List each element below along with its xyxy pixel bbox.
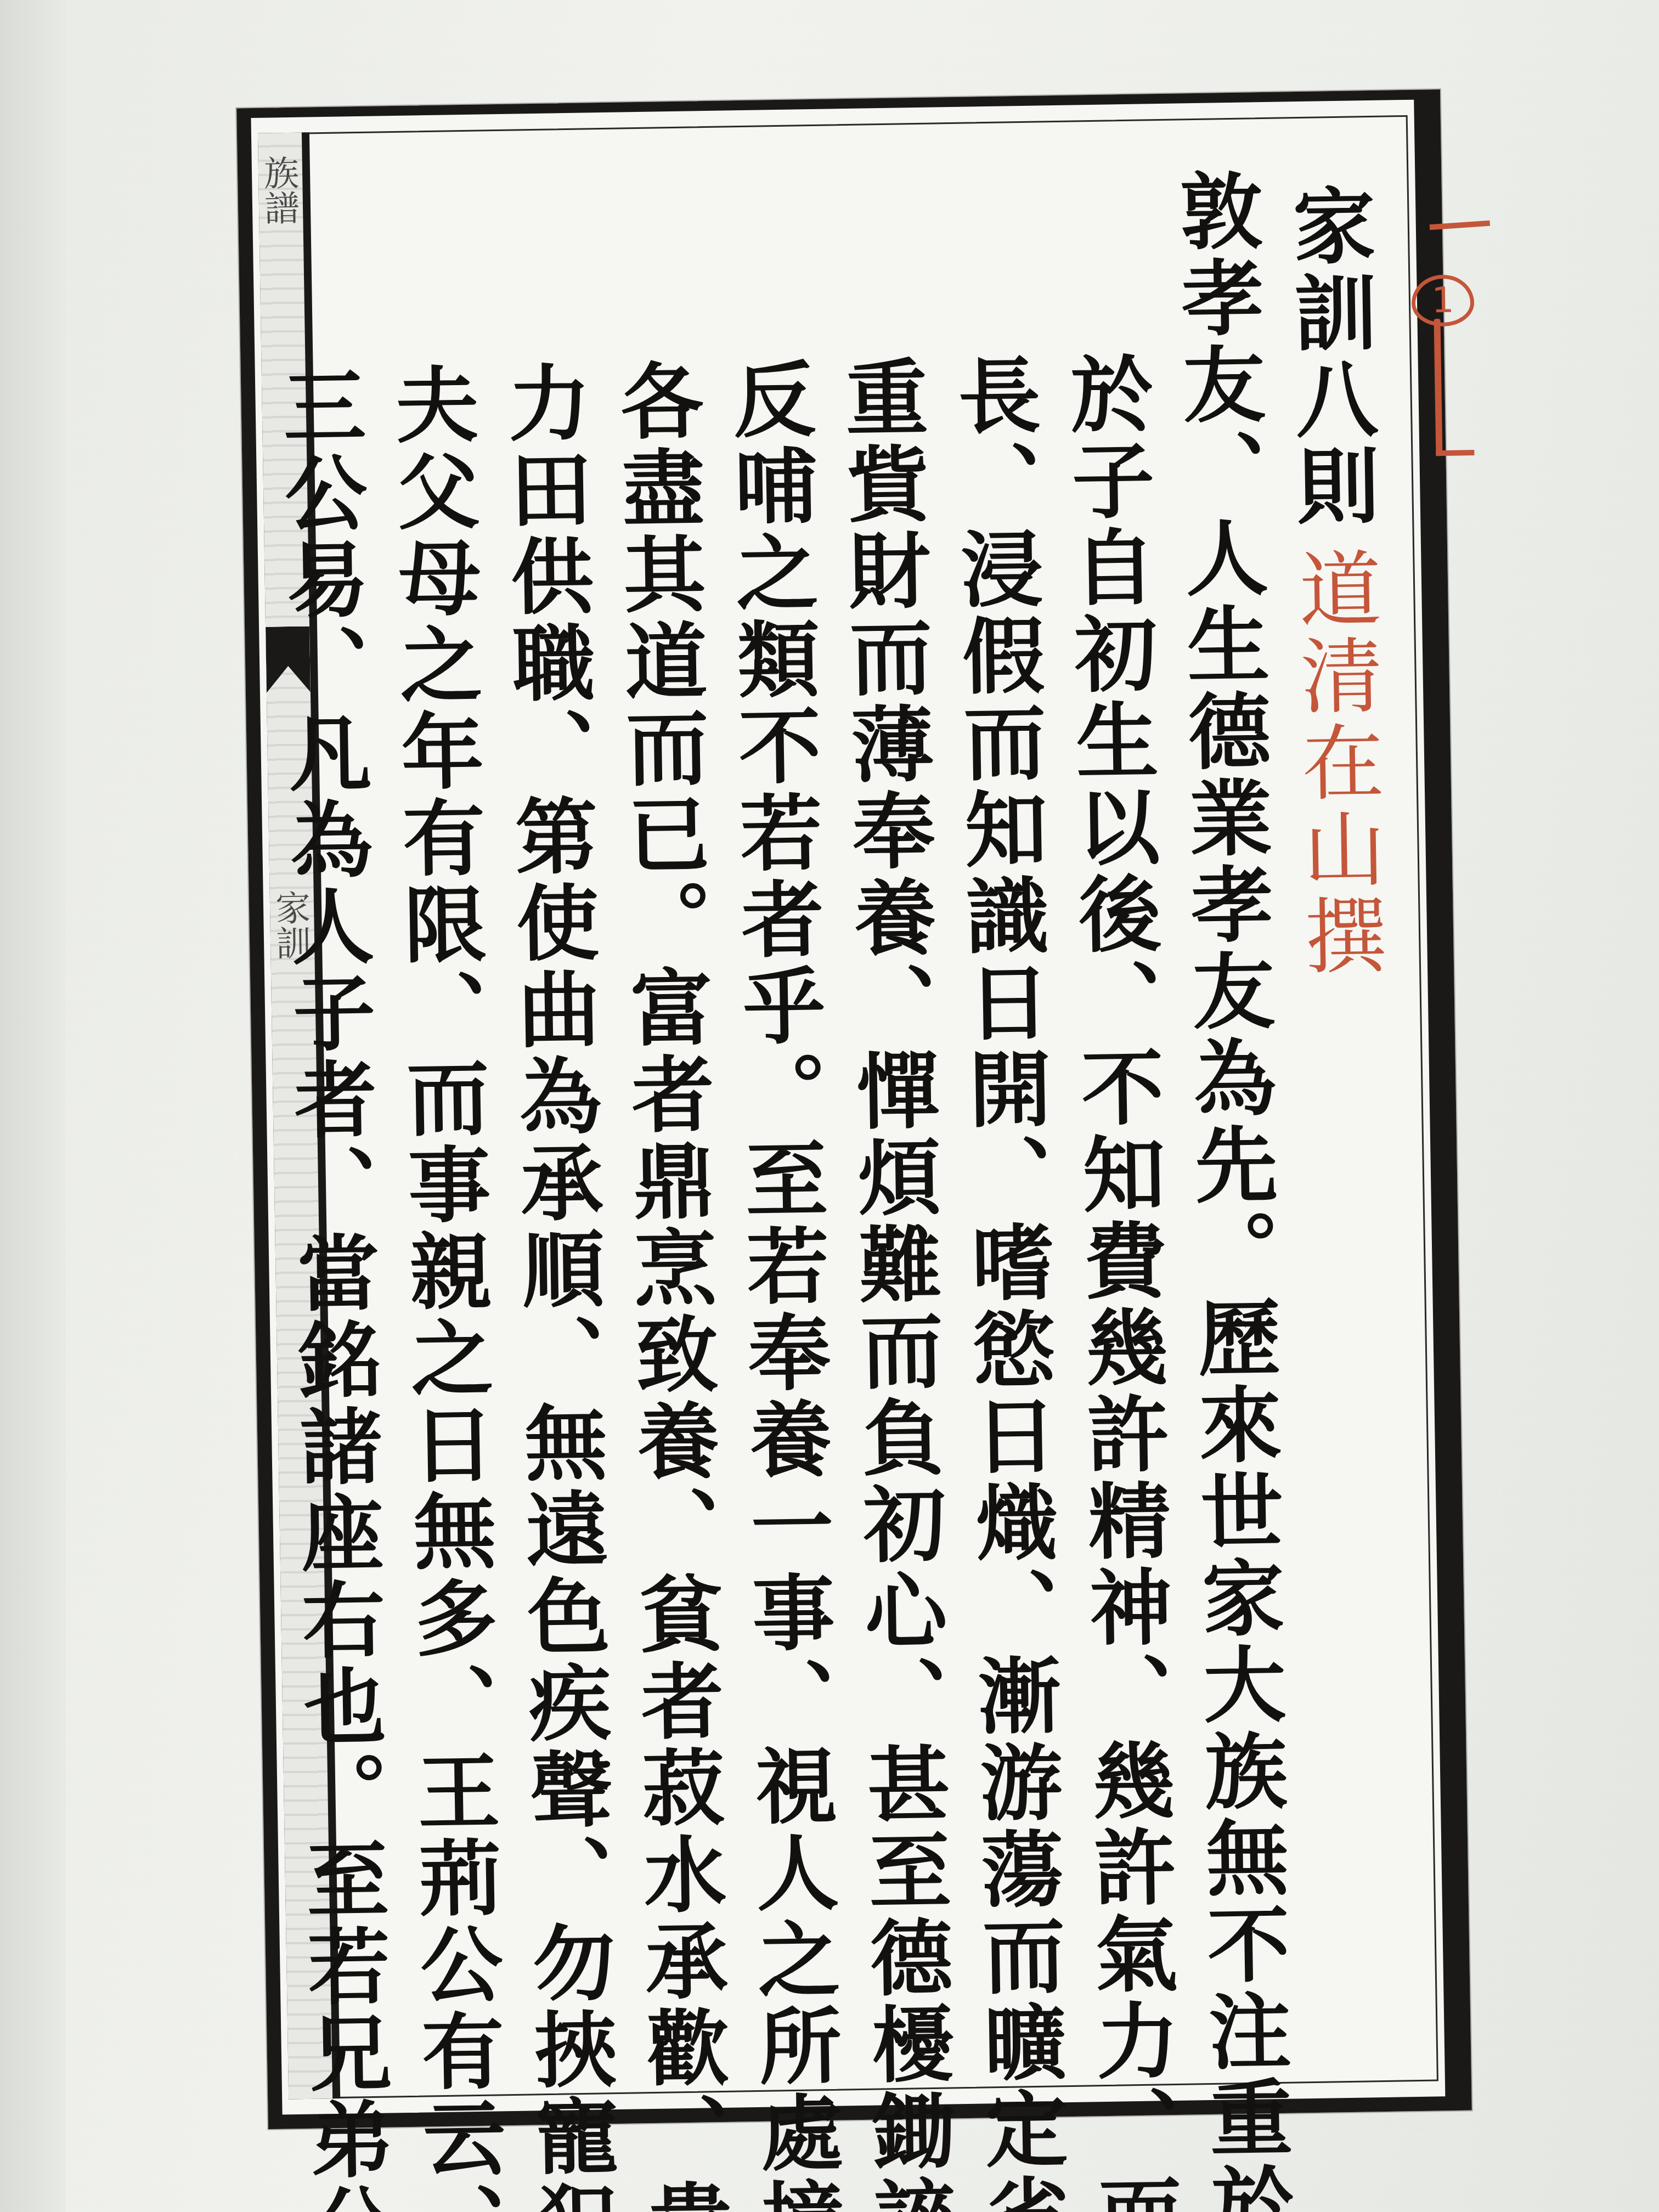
red-dash-annotation (1430, 221, 1490, 230)
circled-number-annotation: 1 (1411, 274, 1474, 327)
page-title: 家訓八則 (1278, 183, 1380, 531)
printed-page: 族譜 家訓 1 家訓八則道清在山撰 敦孝友、人生德業孝友為先。歷來世家大族無不注… (236, 89, 1472, 2129)
table-surface (0, 0, 66, 2212)
author-annotation: 道清在山撰 (1284, 546, 1386, 981)
vertical-text-body: 家訓八則道清在山撰 敦孝友、人生德業孝友為先。歷來世家大族無不注重於斯。蓋父母之… (329, 166, 1412, 2092)
red-bracket-annotation (1434, 319, 1442, 456)
